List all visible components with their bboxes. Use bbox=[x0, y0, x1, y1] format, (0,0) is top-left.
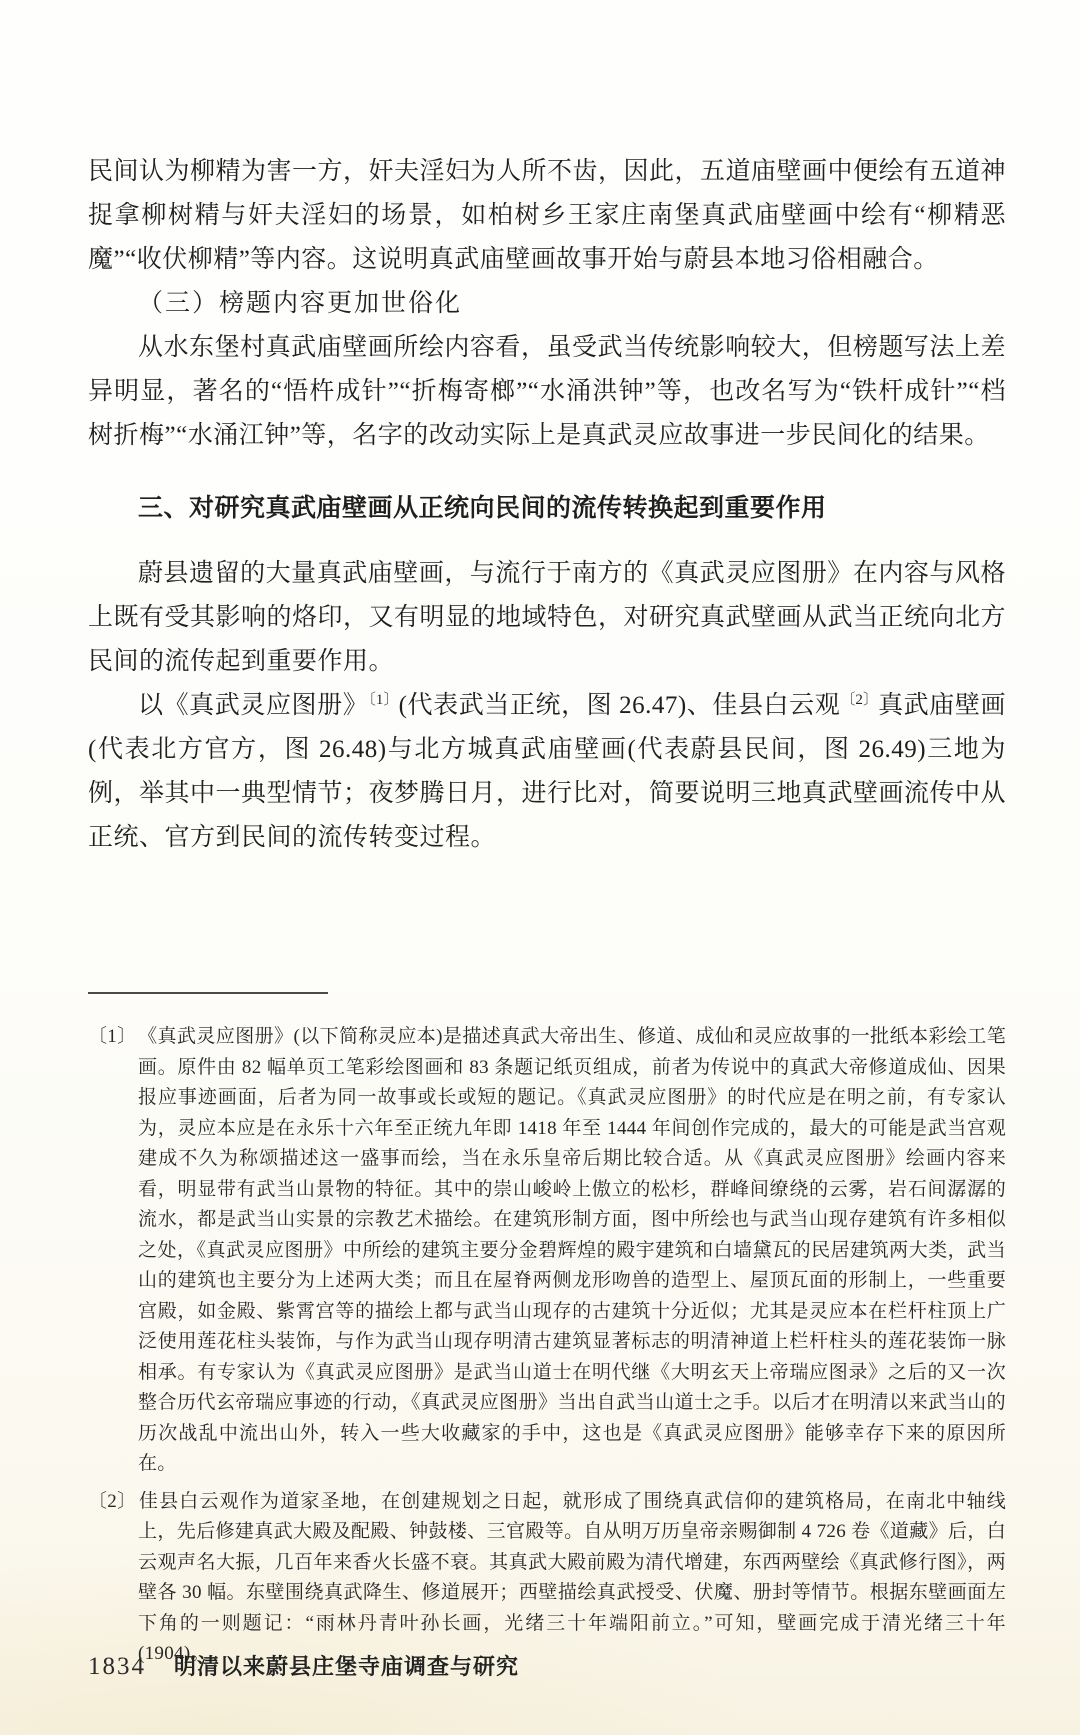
footnote-ref-1: 〔1〕 bbox=[368, 692, 398, 708]
footnote-1-label: 〔1〕 bbox=[88, 1022, 138, 1053]
page-footer: 1834 明清以来蔚县庄堡寺庙调查与研究 bbox=[88, 1650, 519, 1681]
footnote-2-text: 佳县白云观作为道家圣地，在创建规划之日起，就形成了围绕真武信仰的建筑格局，在南北… bbox=[138, 1491, 1006, 1665]
footnote-separator-rule bbox=[88, 992, 328, 994]
paragraph-with-footnote-refs: 以《真武灵应图册》〔1〕(代表武当正统，图 26.47)、佳县白云观〔2〕真武庙… bbox=[88, 684, 1006, 860]
footnote-1-text: 《真武灵应图册》(以下简称灵应本)是描述真武大帝出生、修道、成仙和灵应故事的一批… bbox=[138, 1026, 1006, 1474]
footnote-2-label: 〔2〕 bbox=[88, 1487, 138, 1518]
footnote-section: 〔1〕《真武灵应图册》(以下简称灵应本)是描述真武大帝出生、修道、成仙和灵应故事… bbox=[88, 992, 1006, 1670]
sub-heading: （三）榜题内容更加世俗化 bbox=[88, 282, 1006, 326]
section-heading: 三、对研究真武庙壁画从正统向民间的流传转换起到重要作用 bbox=[88, 486, 1006, 530]
main-text-block: 民间认为柳精为害一方，奸夫淫妇为人所不齿，因此，五道庙壁画中便绘有五道神捉拿柳树… bbox=[88, 150, 1006, 860]
footnote-2: 〔2〕佳县白云观作为道家圣地，在创建规划之日起，就形成了围绕真武信仰的建筑格局，… bbox=[88, 1487, 1006, 1670]
book-page: 民间认为柳精为害一方，奸夫淫妇为人所不齿，因此，五道庙壁画中便绘有五道神捉拿柳树… bbox=[0, 0, 1080, 1735]
paragraph-text: (代表武当正统，图 26.47)、佳县白云观 bbox=[399, 692, 841, 719]
paragraph-text: 以《真武灵应图册》 bbox=[138, 692, 368, 719]
footnote-1: 〔1〕《真武灵应图册》(以下简称灵应本)是描述真武大帝出生、修道、成仙和灵应故事… bbox=[88, 1022, 1006, 1480]
paragraph: 蔚县遗留的大量真武庙壁画，与流行于南方的《真武灵应图册》在内容与风格上既有受其影… bbox=[88, 552, 1006, 684]
footnote-ref-2: 〔2〕 bbox=[840, 692, 878, 708]
page-number: 1834 bbox=[88, 1653, 146, 1681]
paragraph-continuation: 民间认为柳精为害一方，奸夫淫妇为人所不齿，因此，五道庙壁画中便绘有五道神捉拿柳树… bbox=[88, 150, 1006, 282]
book-title: 明清以来蔚县庄堡寺庙调查与研究 bbox=[174, 1650, 519, 1681]
paragraph: 从水东堡村真武庙壁画所绘内容看，虽受武当传统影响较大，但榜题写法上差异明显，著名… bbox=[88, 326, 1006, 458]
